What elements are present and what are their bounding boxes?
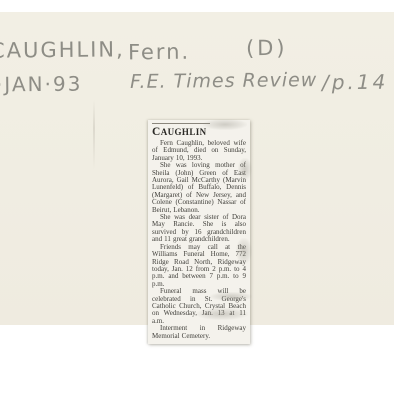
obituary-paragraph: Fern Caughlin, beloved wife of Edmund, d…: [152, 140, 246, 162]
obituary-paragraph: Funeral mass will be celebrated in St. G…: [152, 288, 246, 325]
handwritten-source: F.E. Times Review: [130, 69, 318, 93]
obituary-body: Fern Caughlin, beloved wife of Edmund, d…: [152, 140, 246, 340]
scanned-document-page: CAUGHLIN, Fern. (D) ·JAN·93 F.E. Times R…: [0, 0, 400, 400]
paper-crease: [93, 100, 95, 170]
obituary-paragraph: Interment in Ridgeway Memorial Cemetery.: [152, 325, 246, 340]
handwritten-death-marker: (D): [246, 36, 288, 60]
handwritten-page-number: /p.14: [322, 70, 388, 95]
obituary-paragraph: Friends may call at the Williams Funeral…: [152, 244, 246, 288]
newspaper-clipping: CAUGHLIN Fern Caughlin, beloved wife of …: [148, 120, 250, 344]
archive-sheet: CAUGHLIN, Fern. (D) ·JAN·93 F.E. Times R…: [0, 12, 394, 325]
obituary-paragraph: She was loving mother of Sheila (John) G…: [152, 162, 246, 214]
obituary-headline: CAUGHLIN: [152, 126, 246, 138]
handwritten-date: ·JAN·93: [0, 72, 82, 97]
handwritten-surname: CAUGHLIN,: [0, 37, 125, 62]
obituary-paragraph: She was dear sister of Dora May Rancie. …: [152, 214, 246, 244]
handwritten-given-name: Fern.: [128, 40, 190, 65]
headline-rule: [152, 123, 210, 124]
